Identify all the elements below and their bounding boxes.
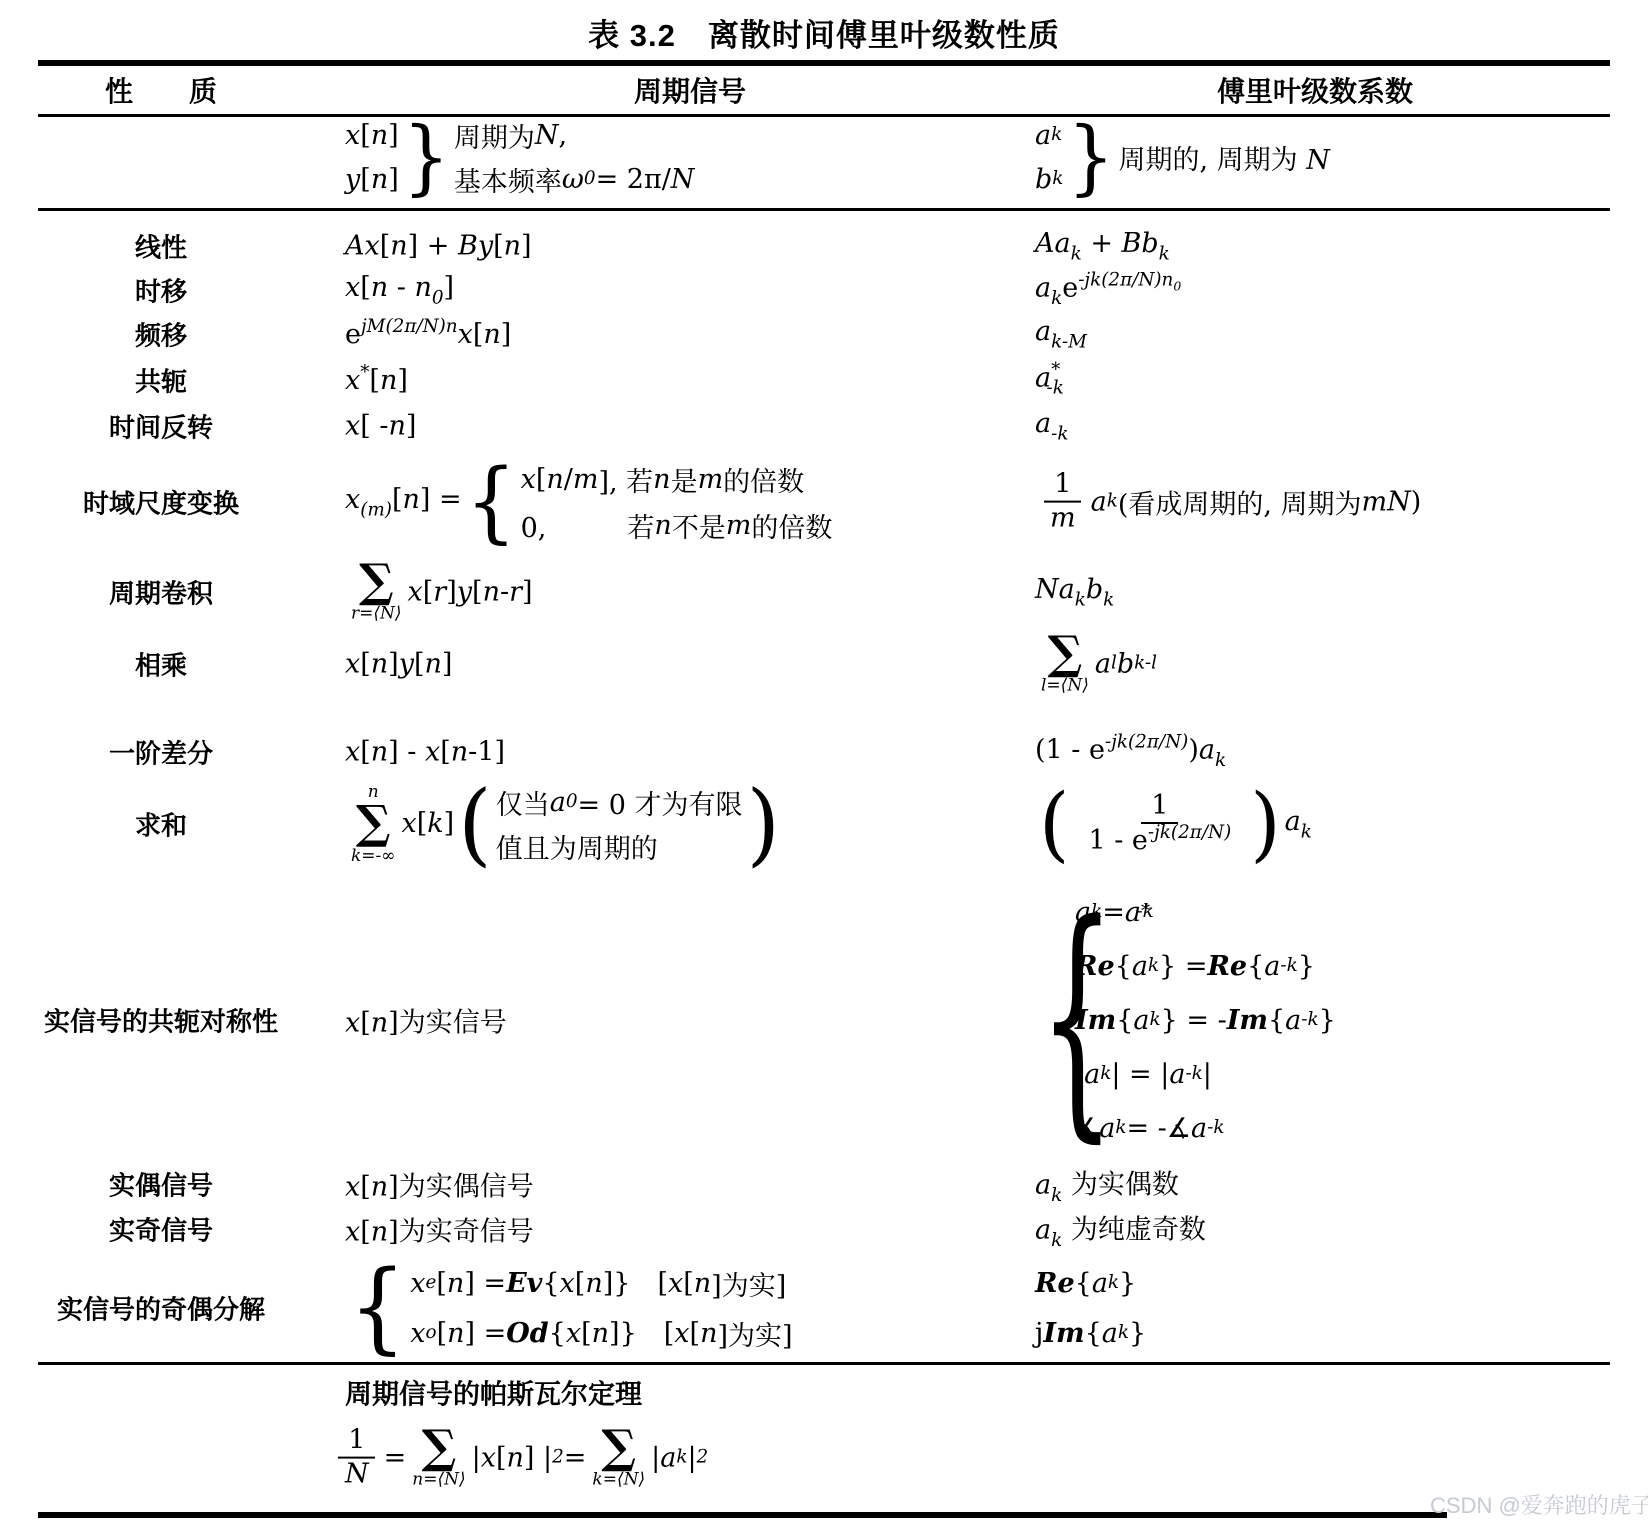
watermark: CSDN @爱奔跑的虎子 <box>1430 1489 1648 1520</box>
left-paren: ( <box>458 779 492 869</box>
table-title: 表 3.2 离散时间傅里叶级数性质 <box>0 10 1648 55</box>
coef-formula-conjsym: { ak = a*-k Re{ak} = Re{a-k} Im{ak} = -I… <box>1035 885 1336 1155</box>
coef-formula-realodd: ak 为纯虚奇数 <box>1035 1208 1206 1251</box>
definition-period-note: 周期为 N, <box>454 113 695 157</box>
signal-formula-linearity: Ax[n] + By[n] <box>345 231 532 262</box>
formula-y-n: y[n] <box>345 157 399 201</box>
left-paren: ( <box>1039 783 1069 865</box>
formula-scaling-lhs: x(m)[n] = <box>345 484 462 520</box>
formula-runsum-sum: n∑k=-∞x[k] <box>345 783 454 866</box>
definition-signal-symbols: x[n] y[n] <box>345 113 399 201</box>
formula-a-k: ak <box>1035 113 1063 157</box>
coef-formula-timeshift: ake-jk(2π/N)n0 <box>1035 272 1181 309</box>
property-label-evenodd: 实信号的奇偶分解 <box>0 1290 322 1327</box>
divider-bottom <box>38 1512 1447 1518</box>
right-brace: } <box>403 116 450 197</box>
formula-x-n: x[n] <box>345 113 399 157</box>
signal-formula-realodd: x[n]为实奇信号 <box>345 1210 534 1249</box>
definition-signal-notes: 周期为 N, 基本频率 ω0 = 2π/N <box>454 113 695 201</box>
signal-formula-conjsym: x[n]为实信号 <box>345 1001 507 1040</box>
column-header-coefficients: 傅里叶级数系数 <box>1035 70 1595 110</box>
coef-formula-firstdiff: (1 - e-jk(2π/N))ak <box>1035 734 1226 771</box>
column-header-property: 性 质 <box>0 70 322 110</box>
coef-formula-realeven: ak 为实偶数 <box>1035 1163 1179 1206</box>
parseval-title: 周期信号的帕斯瓦尔定理 <box>345 1373 642 1412</box>
property-label-scaling: 时域尺度变换 <box>0 484 322 521</box>
signal-formula-runsum: n∑k=-∞x[k] ( 仅当 a0 = 0 才为有限 值且为周期的 ) <box>345 780 784 868</box>
scaling-cases: x[n/m], 若 n 是 m 的倍数 0, 若 n 不是 m 的倍数 <box>521 456 833 548</box>
definition-coefficients: ak bk } 周期的, 周期为 N <box>1035 113 1330 201</box>
formula-evenodd-coef-im: jIm{ak} <box>1035 1308 1146 1358</box>
definition-coef-note: 周期的, 周期为 N <box>1119 138 1330 177</box>
evenodd-lines: xe[n] = Ev{x[n]} [x[n]为实] xo[n] = Od{x[n… <box>410 1258 792 1358</box>
formula-scaling-case1: x[n/m], 若 n 是 m 的倍数 <box>521 456 833 502</box>
formula-evenodd-even: xe[n] = Ev{x[n]} [x[n]为实] <box>410 1258 792 1308</box>
runsum-note: 仅当 a0 = 0 才为有限 值且为周期的 <box>496 780 743 868</box>
divider-header <box>38 114 1610 117</box>
coef-formula-freqshift: ak-M <box>1035 316 1087 352</box>
coef-formula-conjugation: a*-k <box>1035 362 1064 399</box>
parseval-formula: 1N = ∑n=⟨N⟩ | x[n] |2 = ∑k=⟨N⟩ | ak |2 <box>330 1425 708 1492</box>
signal-formula-freqshift: ejM(2π/N)nx[n] <box>345 318 511 350</box>
column-header-signal: 周期信号 <box>345 70 1035 110</box>
coef-formula-runsum: ( 11 - e-jk(2π/N) ) ak <box>1035 785 1312 863</box>
coef-formula-linearity: Aak + Bbk <box>1035 228 1170 264</box>
divider-definitions <box>38 208 1610 211</box>
signal-formula-convolution: ∑r=⟨N⟩x[r]y[n - r] <box>345 560 533 623</box>
property-label-timereversal: 时间反转 <box>0 408 322 445</box>
formula-runsum-coef-frac: 11 - e-jk(2π/N) <box>1073 790 1246 858</box>
formula-runsum-coef-tail: ak <box>1285 806 1312 842</box>
left-brace: { <box>1039 894 1071 1146</box>
property-label-runsum: 求和 <box>0 806 322 843</box>
divider-parseval <box>38 1362 1610 1365</box>
signal-formula-timeshift: x[n - n0] <box>345 272 454 308</box>
signal-formula-scaling: x(m)[n] = { x[n/m], 若 n 是 m 的倍数 0, 若 n 不… <box>345 456 832 548</box>
definition-coef-symbols: ak bk <box>1035 113 1063 201</box>
property-label-realodd: 实奇信号 <box>0 1211 322 1248</box>
signal-formula-conjugation: x*[n] <box>345 364 408 396</box>
formula-scaling-case2: 0, 若 n 不是 m 的倍数 <box>521 502 833 548</box>
property-label-freqshift: 频移 <box>0 316 322 353</box>
property-label-conjsym: 实信号的共轭对称性 <box>0 1002 322 1039</box>
divider-top <box>38 60 1610 66</box>
property-label-multiplication: 相乘 <box>0 646 322 683</box>
formula-evenodd-coef-re: Re{ak} <box>1035 1258 1146 1308</box>
left-brace: { <box>349 1259 406 1358</box>
formula-runsum-note2: 值且为周期的 <box>496 824 743 868</box>
definition-frequency-note: 基本频率 ω0 = 2π/N <box>454 157 695 201</box>
right-paren: ) <box>746 779 780 869</box>
right-paren: ) <box>1250 783 1280 865</box>
coef-formula-multiplication: ∑l=⟨N⟩albk-l <box>1035 632 1157 695</box>
signal-formula-multiplication: x[n]y[n] <box>345 649 452 680</box>
coef-formula-evenodd: Re{ak} jIm{ak} <box>1035 1258 1146 1358</box>
left-brace: { <box>466 458 517 546</box>
property-label-firstdiff: 一阶差分 <box>0 734 322 771</box>
signal-formula-firstdiff: x[n] - x[n-1] <box>345 737 505 768</box>
document-page: 表 3.2 离散时间傅里叶级数性质 性 质 周期信号 傅里叶级数系数 x[n] … <box>0 0 1648 1539</box>
coef-formula-scaling: 1mak(看成周期的, 周期为 mN) <box>1035 469 1421 536</box>
coef-formula-timereversal: a-k <box>1035 408 1068 444</box>
signal-formula-realeven: x[n]为实偶信号 <box>345 1165 534 1204</box>
property-label-realeven: 实偶信号 <box>0 1166 322 1203</box>
property-label-conjugation: 共轭 <box>0 362 322 399</box>
coef-formula-convolution: Nakbk <box>1035 574 1114 610</box>
signal-formula-evenodd: { xe[n] = Ev{x[n]} [x[n]为实] xo[n] = Od{x… <box>345 1258 793 1358</box>
formula-runsum-note1: 仅当 a0 = 0 才为有限 <box>496 780 743 824</box>
property-label-convolution: 周期卷积 <box>0 574 322 611</box>
property-label-linearity: 线性 <box>0 228 322 265</box>
formula-b-k: bk <box>1035 157 1063 201</box>
definition-signal: x[n] y[n] } 周期为 N, 基本频率 ω0 = 2π/N <box>345 113 694 201</box>
right-brace: } <box>1067 116 1114 197</box>
property-label-timeshift: 时移 <box>0 272 322 309</box>
formula-evenodd-odd: xo[n] = Od{x[n]} [x[n]为实] <box>410 1308 792 1358</box>
signal-formula-timereversal: x[ -n] <box>345 411 416 442</box>
evenodd-coef-lines: Re{ak} jIm{ak} <box>1035 1258 1146 1358</box>
